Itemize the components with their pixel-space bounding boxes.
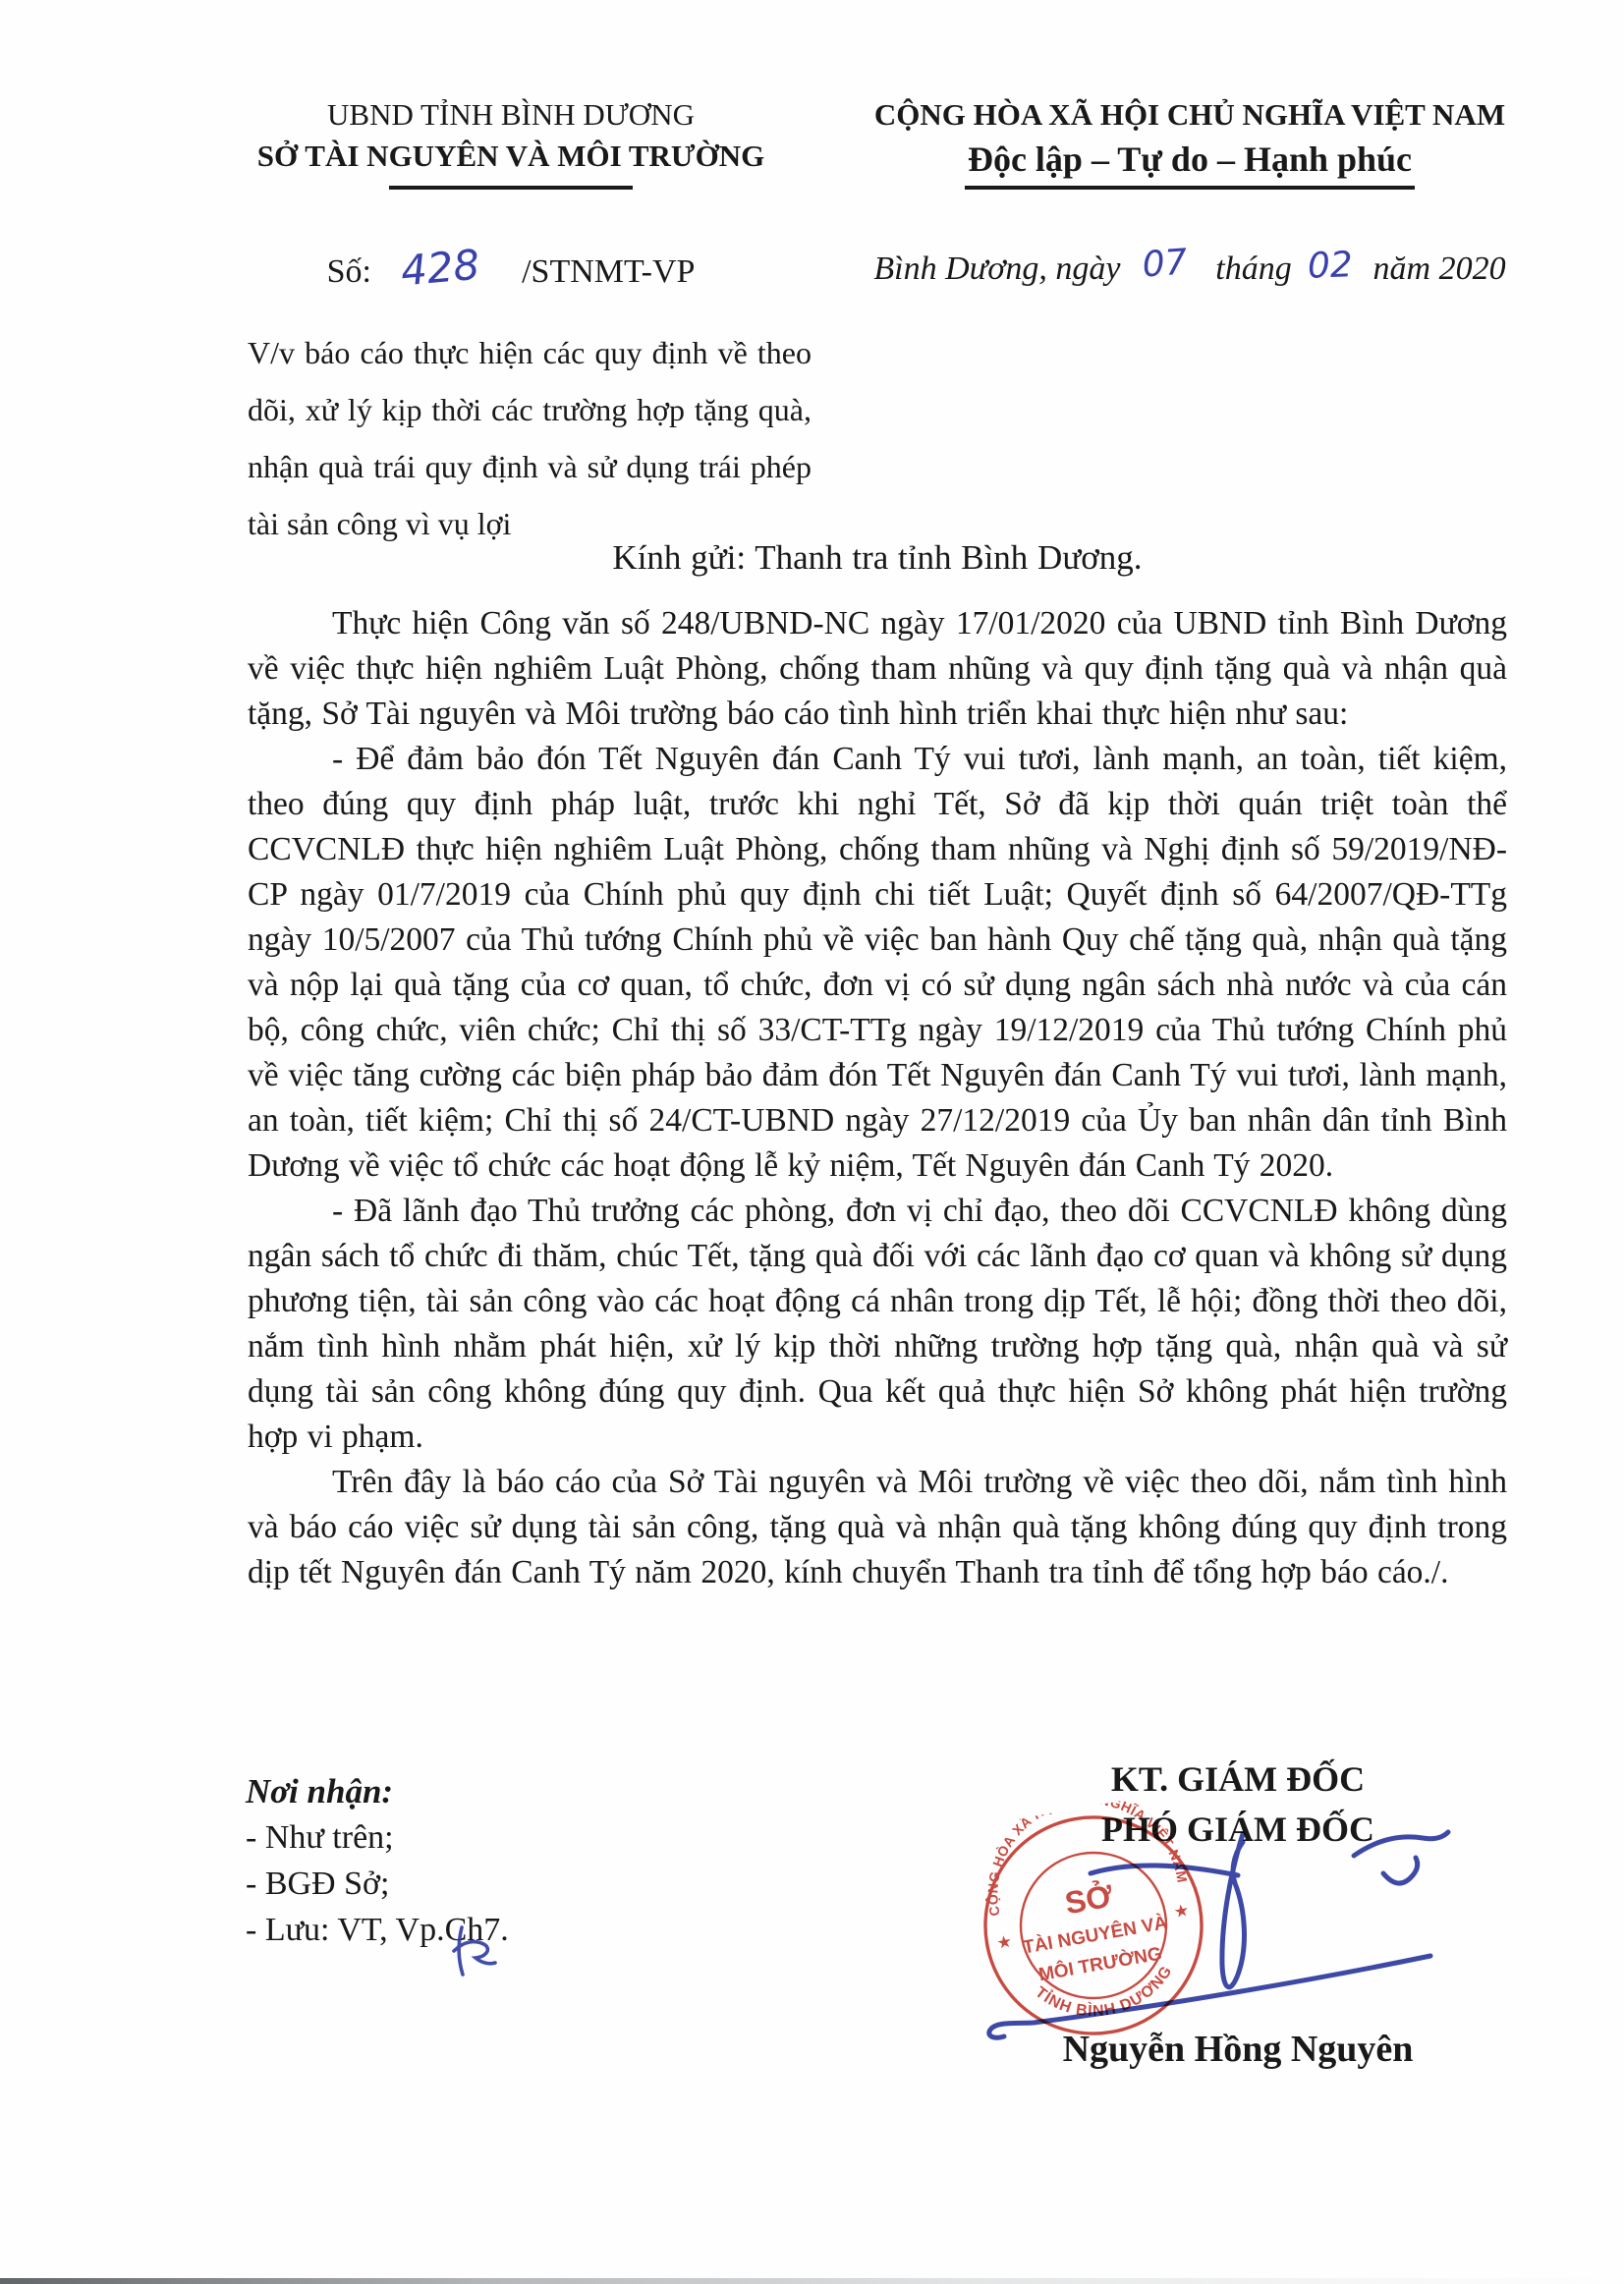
signature-check-stroke xyxy=(1383,1858,1418,1883)
national-title: CỘNG HÒA XÃ HỘI CHỦ NGHĨA VIỆT NAM xyxy=(843,94,1537,136)
recipient-item: - BGĐ Sở; xyxy=(246,1861,756,1907)
body-paragraph: - Đã lãnh đạo Thủ trưởng các phòng, đơn … xyxy=(248,1189,1507,1460)
scanned-official-letter: UBND TỈNH BÌNH DƯƠNG SỞ TÀI NGUYÊN VÀ MÔ… xyxy=(0,0,1624,2284)
signer-title-1: KT. GIÁM ĐỐC xyxy=(1012,1755,1464,1805)
issuer-header: UBND TỈNH BÌNH DƯƠNG SỞ TÀI NGUYÊN VÀ MÔ… xyxy=(226,94,796,190)
dateline-place: Bình Dương, ngày xyxy=(873,251,1120,287)
issuer-underline xyxy=(389,186,633,190)
recipient-item: - Như trên; xyxy=(246,1814,756,1861)
signature-cross-stroke xyxy=(1091,1866,1238,1875)
body-paragraph: - Để đảm bảo đón Tết Nguyên đán Canh Tý … xyxy=(248,737,1507,1189)
subject-line: V/v báo cáo thực hiện các quy định về th… xyxy=(248,324,812,552)
dateline-month-handwritten: 02 xyxy=(1307,245,1353,287)
scan-bottom-edge-artifact xyxy=(0,2278,1624,2284)
document-number-label: Số: xyxy=(327,253,371,290)
dateline-day-handwritten: 07 xyxy=(1141,242,1189,285)
document-number-line: Số: 428 /STNMT-VP xyxy=(226,244,796,292)
recipients-label: Nơi nhận: xyxy=(246,1768,756,1814)
signature-ink xyxy=(943,1812,1479,2043)
issuer-org-name: SỞ TÀI NGUYÊN VÀ MÔI TRƯỜNG xyxy=(226,136,796,177)
dateline-year: năm 2020 xyxy=(1373,251,1506,287)
document-number-suffix: /STNMT-VP xyxy=(522,253,695,290)
dateline-month-label: tháng xyxy=(1215,251,1291,287)
clerk-paraph-ink xyxy=(434,1922,503,1982)
salutation: Kính gửi: Thanh tra tỉnh Bình Dương. xyxy=(248,536,1507,580)
paraph-stroke-vertical xyxy=(459,1927,463,1975)
issuer-parent-org: UBND TỈNH BÌNH DƯƠNG xyxy=(226,94,796,136)
signature-underline-stroke xyxy=(989,1956,1430,2037)
place-date-line: Bình Dương, ngày 07 tháng 02 năm 2020 xyxy=(843,248,1537,288)
body-paragraph: Thực hiện Công văn số 248/UBND-NC ngày 1… xyxy=(248,601,1507,737)
body-paragraph: Trên đây là báo cáo của Sở Tài nguyên và… xyxy=(248,1460,1507,1595)
motto-underline xyxy=(965,186,1415,190)
signature-flourish-stroke xyxy=(1354,1832,1448,1856)
national-header: CỘNG HÒA XÃ HỘI CHỦ NGHĨA VIỆT NAM Độc l… xyxy=(843,94,1537,190)
document-number-handwritten: 428 xyxy=(399,241,481,296)
letter-body: Kính gửi: Thanh tra tỉnh Bình Dương. Thự… xyxy=(248,536,1507,1595)
national-motto: Độc lập – Tự do – Hạnh phúc xyxy=(843,136,1537,183)
signature-main-stroke xyxy=(1222,1834,1245,1987)
